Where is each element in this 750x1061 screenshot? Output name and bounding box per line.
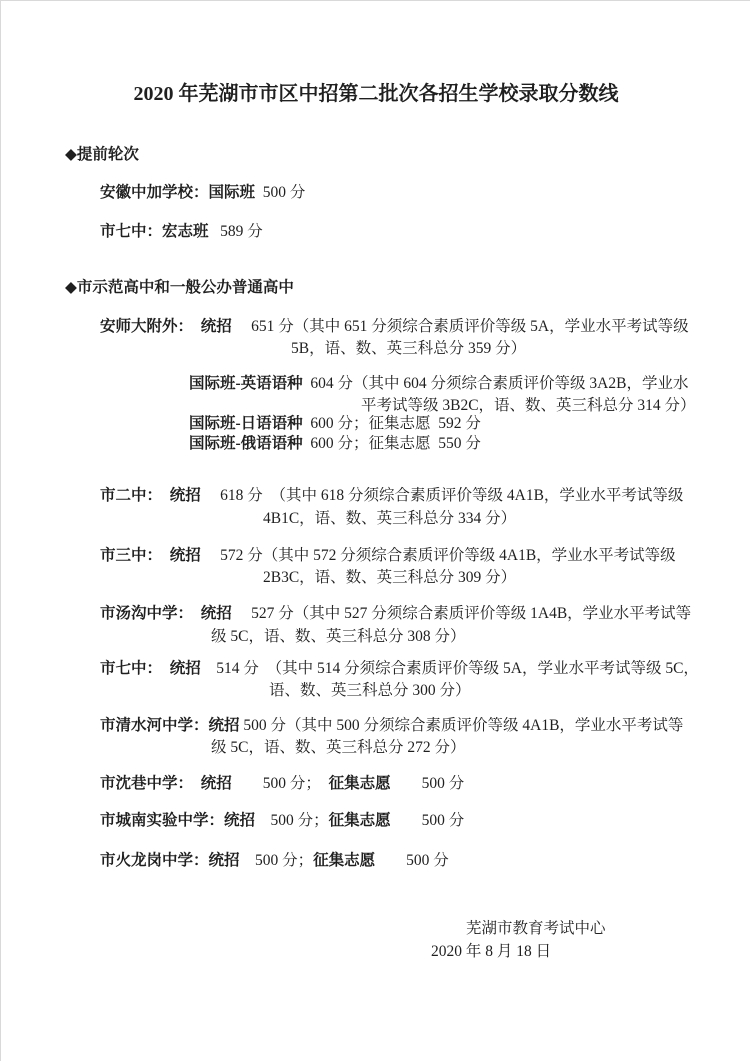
entry-no7-line1: 市七中： 统招 514 分 （其中 514 分须综合素质评价等级 5A，学业水平… (100, 660, 699, 677)
entry-qingshuihe-line1: 市清水河中学：统招 500 分（其中 500 分须综合素质评价等级 4A1B，学… (100, 717, 683, 734)
document-title: 2020 年芜湖市市区中招第二批次各招生学校录取分数线 (1, 82, 750, 106)
school-label: 市沈巷中学： 统招 (100, 775, 232, 792)
score-text: 500 分 (391, 775, 465, 792)
entry-huolonggang: 市火龙岗中学：统招 500 分；征集志愿 500 分 (100, 852, 449, 869)
recruit-label: 征集志愿 (329, 812, 391, 829)
score-text: 600 分；征集志愿 550 分 (303, 435, 481, 452)
entry-no2-line2: 4B1C，语、数、英三科总分 334 分） (263, 510, 516, 527)
recruit-label: 征集志愿 (313, 852, 375, 869)
section-heading-general-public: ◆市示范高中和一般公办普通高中 (65, 279, 294, 296)
entry-intl-japanese: 国际班-日语语种 600 分；征集志愿 592 分 (189, 415, 481, 432)
class-label: 国际班-英语语种 (189, 375, 303, 392)
score-text: 527 分（其中 527 分须综合素质评价等级 1A4B，学业水平考试等 (232, 605, 691, 622)
footer-date: 2020 年 8 月 18 日 (431, 943, 551, 960)
score-text: 500 分； (232, 775, 329, 792)
school-label: 安师大附外： 统招 (100, 318, 232, 335)
score-text: 589 分 (209, 223, 263, 240)
score-text: 651 分（其中 651 分须综合素质评价等级 5A，学业水平考试等级 (232, 318, 689, 335)
class-label: 国际班-俄语语种 (189, 435, 303, 452)
entry-intl-english-line2: 平考试等级 3B2C，语、数、英三科总分 314 分） (361, 397, 696, 414)
entry-no7-line2: 语、数、英三科总分 300 分） (269, 682, 471, 699)
footer-organization: 芜湖市教育考试中心 (466, 920, 606, 937)
school-label: 安徽中加学校：国际班 (100, 184, 255, 201)
recruit-label: 征集志愿 (329, 775, 391, 792)
entry-tanggou-line1: 市汤沟中学： 统招 527 分（其中 527 分须综合素质评价等级 1A4B，学… (100, 605, 691, 622)
score-text: 514 分 （其中 514 分须综合素质评价等级 5A，学业水平考试等级 5C， (201, 660, 699, 677)
entry-anshida-line1: 安师大附外： 统招 651 分（其中 651 分须综合素质评价等级 5A，学业水… (100, 318, 689, 335)
entry-no2-line1: 市二中： 统招 618 分 （其中 618 分须综合素质评价等级 4A1B，学业… (100, 487, 683, 504)
entry-anshida-line2: 5B，语、数、英三科总分 359 分） (291, 340, 526, 357)
school-label: 市汤沟中学： 统招 (100, 605, 232, 622)
document-page: 2020 年芜湖市市区中招第二批次各招生学校录取分数线 ◆提前轮次 安徽中加学校… (0, 0, 750, 1061)
school-label: 市七中：宏志班 (100, 223, 209, 240)
score-text: 500 分 (255, 184, 305, 201)
school-label: 市清水河中学：统招 (100, 717, 240, 734)
school-label: 市二中： 统招 (100, 487, 201, 504)
entry-tanggou-line2: 级 5C，语、数、英三科总分 308 分） (211, 628, 465, 645)
school-label: 市城南实验中学：统招 (100, 812, 255, 829)
school-label: 市火龙岗中学：统招 (100, 852, 240, 869)
entry-shenxiang: 市沈巷中学： 统招 500 分； 征集志愿 500 分 (100, 775, 464, 792)
entry-no3-line1: 市三中： 统招 572 分（其中 572 分须综合素质评价等级 4A1B，学业水… (100, 547, 676, 564)
score-text: 500 分（其中 500 分须综合素质评价等级 4A1B，学业水平考试等 (240, 717, 684, 734)
score-text: 500 分； (240, 852, 314, 869)
score-text: 500 分 (391, 812, 465, 829)
score-text: 604 分（其中 604 分须综合素质评价等级 3A2B，学业水 (303, 375, 689, 392)
entry-zhongjia-school: 安徽中加学校：国际班 500 分 (100, 184, 305, 201)
entry-no3-line2: 2B3C，语、数、英三科总分 309 分） (263, 569, 516, 586)
entry-chengnan: 市城南实验中学：统招 500 分；征集志愿 500 分 (100, 812, 464, 829)
class-label: 国际班-日语语种 (189, 415, 303, 432)
score-text: 500 分； (255, 812, 329, 829)
score-text: 600 分；征集志愿 592 分 (303, 415, 481, 432)
entry-intl-english-line1: 国际班-英语语种 604 分（其中 604 分须综合素质评价等级 3A2B，学业… (189, 375, 688, 392)
entry-intl-russian: 国际班-俄语语种 600 分；征集志愿 550 分 (189, 435, 481, 452)
school-label: 市七中： 统招 (100, 660, 201, 677)
score-text: 500 分 (375, 852, 449, 869)
school-label: 市三中： 统招 (100, 547, 201, 564)
entry-no7-hongzhi: 市七中：宏志班 589 分 (100, 223, 263, 240)
entry-qingshuihe-line2: 级 5C，语、数、英三科总分 272 分） (211, 739, 465, 756)
score-text: 572 分（其中 572 分须综合素质评价等级 4A1B，学业水平考试等级 (201, 547, 676, 564)
score-text: 618 分 （其中 618 分须综合素质评价等级 4A1B，学业水平考试等级 (201, 487, 684, 504)
section-heading-early-round: ◆提前轮次 (65, 146, 139, 163)
